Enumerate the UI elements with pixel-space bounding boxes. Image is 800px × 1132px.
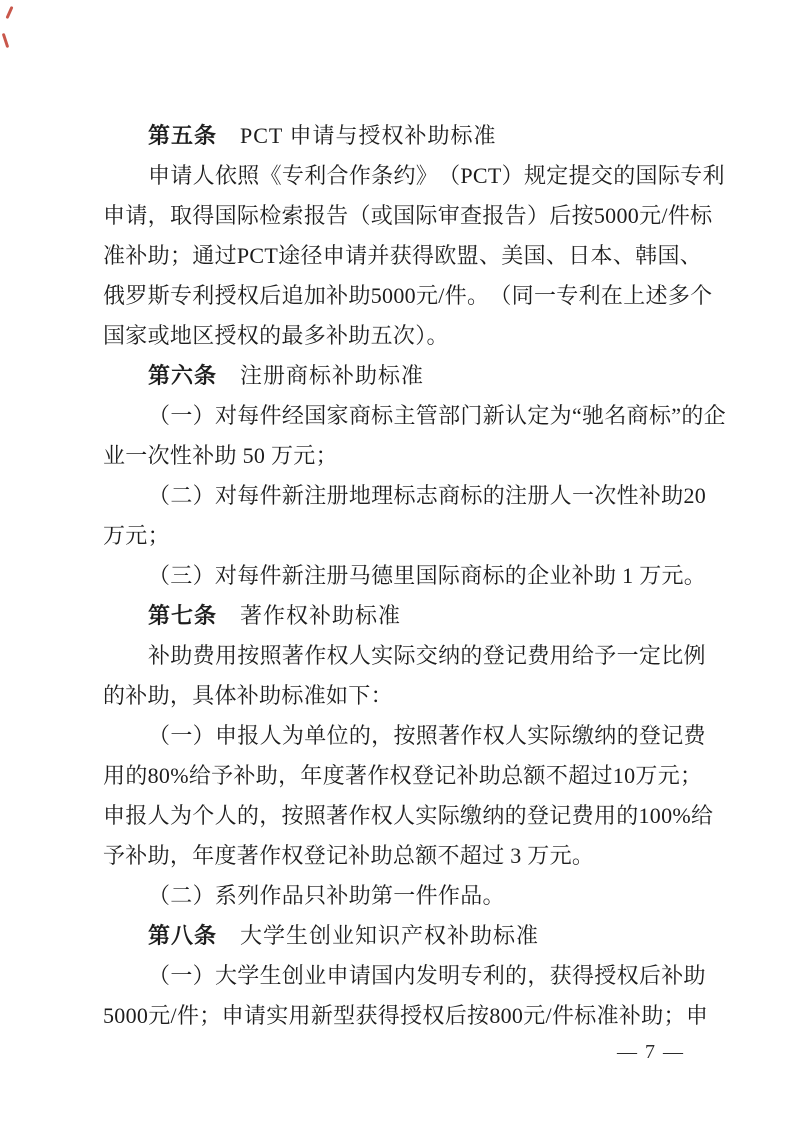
text-line: 5000元/件；申请实用新型获得授权后按800元/件标准补助；申 xyxy=(103,996,700,1036)
text-line: 俄罗斯专利授权后追加补助5000元/件。（同一专利在上述多个 xyxy=(103,276,700,316)
text-line: （一）大学生创业申请国内发明专利的，获得授权后补助 xyxy=(103,956,700,996)
text-line: 补助费用按照著作权人实际交纳的登记费用给予一定比例 xyxy=(103,636,700,676)
text-line: 申请人依照《专利合作条约》（PCT）规定提交的国际专利 xyxy=(103,156,700,196)
article-title: 大学生创业知识产权补助标准 xyxy=(240,923,539,948)
text-line: （一）申报人为单位的，按照著作权人实际缴纳的登记费 xyxy=(103,716,700,756)
section-heading: 第七条著作权补助标准 xyxy=(103,596,700,636)
section-heading: 第八条大学生创业知识产权补助标准 xyxy=(103,916,700,956)
text-line: 的补助，具体补助标准如下： xyxy=(103,676,700,716)
document-page: 第五条PCT 申请与授权补助标准申请人依照《专利合作条约》（PCT）规定提交的国… xyxy=(0,0,800,1132)
article-title: 著作权补助标准 xyxy=(240,603,401,628)
scan-artifact-mark xyxy=(5,6,13,19)
text-line: 业一次性补助 50 万元； xyxy=(103,436,700,476)
section-heading: 第六条注册商标补助标准 xyxy=(103,356,700,396)
text-line: 万元； xyxy=(103,516,700,556)
text-line: 用的80%给予补助，年度著作权登记补助总额不超过10万元； xyxy=(103,756,700,796)
text-line: 国家或地区授权的最多补助五次）。 xyxy=(103,316,700,356)
article-title: PCT 申请与授权补助标准 xyxy=(240,123,496,148)
article-number: 第五条 xyxy=(148,123,217,148)
text-line: 予补助，年度著作权登记补助总额不超过 3 万元。 xyxy=(103,836,700,876)
article-number: 第七条 xyxy=(148,603,217,628)
scan-artifact-mark xyxy=(2,33,9,48)
text-line: （二）对每件新注册地理标志商标的注册人一次性补助20 xyxy=(103,476,700,516)
article-number: 第八条 xyxy=(148,923,217,948)
text-line: 申报人为个人的，按照著作权人实际缴纳的登记费用的100%给 xyxy=(103,796,700,836)
text-line: （一）对每件经国家商标主管部门新认定为“驰名商标”的企 xyxy=(103,396,700,436)
page-number: — 7 — xyxy=(617,1040,685,1064)
article-title: 注册商标补助标准 xyxy=(240,363,424,388)
document-body: 第五条PCT 申请与授权补助标准申请人依照《专利合作条约》（PCT）规定提交的国… xyxy=(103,116,700,1036)
section-heading: 第五条PCT 申请与授权补助标准 xyxy=(103,116,700,156)
text-line: 准补助；通过PCT途径申请并获得欧盟、美国、日本、韩国、 xyxy=(103,236,700,276)
article-number: 第六条 xyxy=(148,363,217,388)
text-line: 申请，取得国际检索报告（或国际审查报告）后按5000元/件标 xyxy=(103,196,700,236)
text-line: （二）系列作品只补助第一件作品。 xyxy=(103,876,700,916)
text-line: （三）对每件新注册马德里国际商标的企业补助 1 万元。 xyxy=(103,556,700,596)
